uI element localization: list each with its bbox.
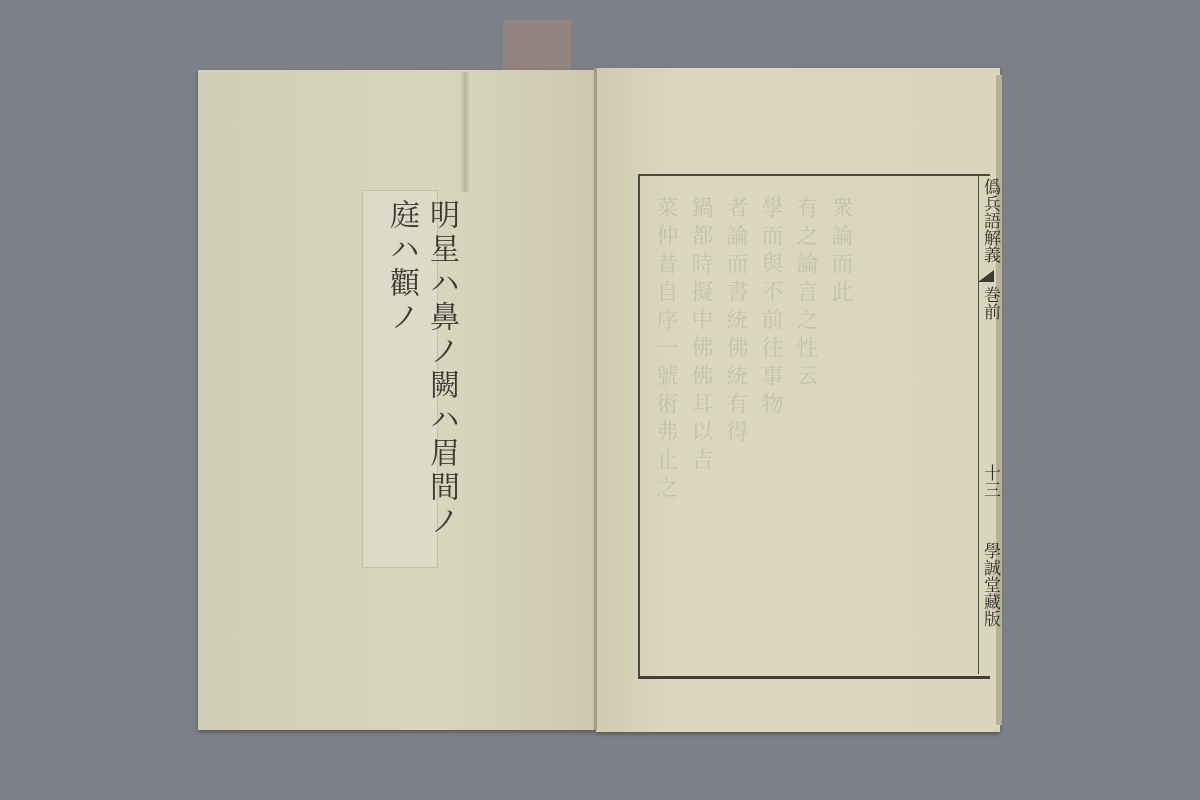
page-edge	[996, 75, 1002, 725]
book-spine	[594, 68, 597, 730]
show-through-text: 有之論言之性云	[790, 196, 821, 392]
library-label-tab	[503, 20, 571, 75]
margin-volume: 巻前	[981, 286, 999, 320]
show-through-text: 菜仲昔自序一號術弗止之	[650, 196, 681, 504]
printed-frame: 菜仲昔自序一號術弗止之 鍋都時擬中佛佛耳以吉 者論而書統佛統有得 學而與不前往事…	[638, 174, 990, 679]
slip-text: 明星ハ鼻ノ闕ハ眉間ノ庭ハ顴ノ	[381, 199, 461, 567]
show-through-text: 者論而書統佛統有得	[720, 196, 751, 448]
show-through-text: 衆論而此	[825, 196, 856, 308]
margin-publisher: 學誠堂藏版	[981, 542, 999, 627]
paper-crease	[460, 72, 470, 192]
margin-title: 僞兵語解義	[981, 178, 999, 263]
show-through-text: 鍋都時擬中佛佛耳以吉	[685, 196, 716, 476]
fish-tail-mark-icon	[978, 270, 994, 282]
block-center-margin: 僞兵語解義 巻前 十三 學誠堂藏版	[978, 174, 995, 674]
show-through-text: 學而與不前往事物	[755, 196, 786, 420]
handwritten-slip: 明星ハ鼻ノ闕ハ眉間ノ庭ハ顴ノ	[362, 190, 438, 568]
margin-page-number: 十三	[981, 464, 999, 498]
